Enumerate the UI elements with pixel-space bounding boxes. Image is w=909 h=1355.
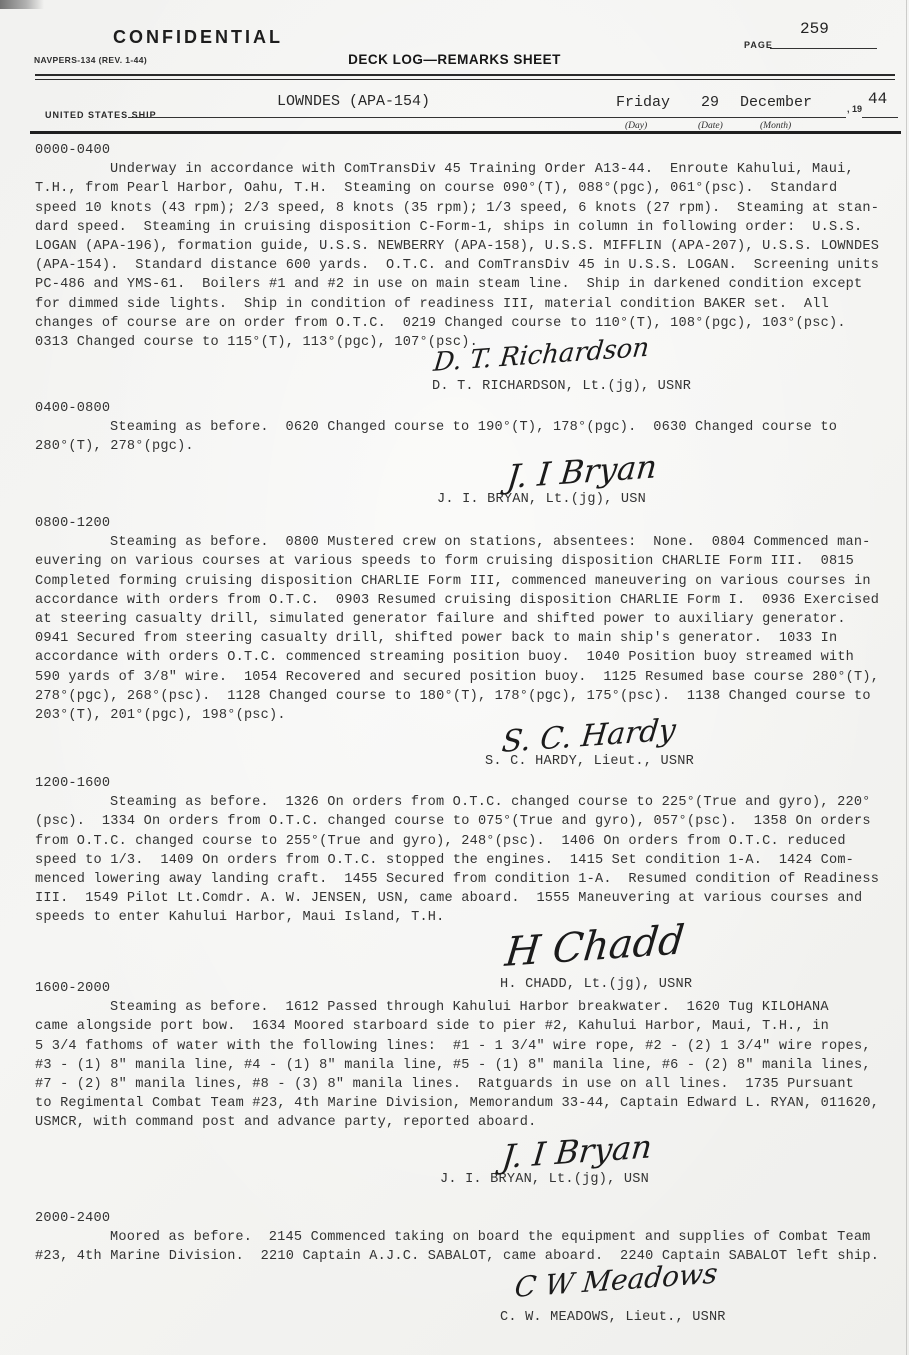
date-field-label: (Date) bbox=[698, 121, 723, 131]
page-number-underline bbox=[770, 48, 877, 49]
log-entry-1200-1600: 1200-1600 Steaming as before. 1326 On or… bbox=[35, 774, 895, 993]
year-prefix-label: , 19 bbox=[847, 104, 862, 114]
watch-period-heading: 1200-1600 bbox=[35, 774, 895, 793]
signature-block: C W Meadows C. W. MEADOWS, Lieut., USNR bbox=[35, 1271, 895, 1326]
watch-period-heading: 2000-2400 bbox=[35, 1209, 895, 1228]
log-entry-2000-2400: 2000-2400 Moored as before. 2145 Commenc… bbox=[35, 1209, 895, 1326]
date-month-value: December bbox=[740, 94, 812, 111]
scan-artifact-right-edge bbox=[906, 0, 907, 1355]
date-date-value: 29 bbox=[701, 94, 719, 111]
header-double-rule bbox=[35, 74, 895, 80]
watch-period-heading: 0400-0800 bbox=[35, 399, 895, 418]
log-entry-text: Steaming as before. 1326 On orders from … bbox=[35, 793, 895, 927]
signature-typed-name: C. W. MEADOWS, Lieut., USNR bbox=[500, 1309, 895, 1326]
day-field-label: (Day) bbox=[625, 121, 647, 131]
month-field-label: (Month) bbox=[760, 121, 791, 131]
classification-stamp: CONFIDENTIAL bbox=[113, 27, 283, 48]
signature-script: J. I Bryan bbox=[500, 1126, 654, 1177]
signature-typed-name: D. T. RICHARDSON, Lt.(jg), USNR bbox=[432, 378, 895, 395]
signature-block: S. C. Hardy S. C. HARDY, Lieut., USNR bbox=[35, 725, 895, 770]
scan-artifact-top-left bbox=[0, 0, 44, 9]
header-heavy-rule bbox=[30, 131, 901, 134]
page-number: 259 bbox=[800, 20, 829, 38]
log-entry-text: Steaming as before. 0800 Mustered crew o… bbox=[35, 533, 895, 725]
page-label: PAGE bbox=[744, 40, 773, 50]
signature-block: D. T. Richardson D. T. RICHARDSON, Lt.(j… bbox=[35, 348, 895, 395]
watch-period-heading: 0800-1200 bbox=[35, 514, 895, 533]
document-title: DECK LOG—REMARKS SHEET bbox=[0, 52, 909, 67]
log-entry-0800-1200: 0800-1200 Steaming as before. 0800 Muste… bbox=[35, 514, 895, 770]
log-entry-text: Underway in accordance with ComTransDiv … bbox=[35, 160, 895, 352]
watch-period-heading: 0000-0400 bbox=[35, 141, 895, 160]
year-value: 44 bbox=[868, 90, 887, 108]
log-entry-0000-0400: 0000-0400 Underway in accordance with Co… bbox=[35, 141, 895, 395]
log-entry-1600-2000: 1600-2000 Steaming as before. 1612 Passe… bbox=[35, 979, 895, 1188]
log-entry-text: Steaming as before. 0620 Changed course … bbox=[35, 418, 895, 456]
signature-block: J. I Bryan J. I. BRYAN, Lt.(jg), USN bbox=[35, 1137, 895, 1188]
log-entry-0400-0800: 0400-0800 Steaming as before. 0620 Chang… bbox=[35, 399, 895, 508]
signature-block: J. I Bryan J. I. BRYAN, Lt.(jg), USN bbox=[35, 457, 895, 508]
deck-log-page: CONFIDENTIAL PAGE 259 NAVPERS-134 (REV. … bbox=[0, 0, 909, 1355]
log-entry-text: Moored as before. 2145 Commenced taking … bbox=[35, 1228, 895, 1266]
watch-period-heading: 1600-2000 bbox=[35, 979, 895, 998]
date-day-value: Friday bbox=[616, 94, 670, 111]
log-entry-text: Steaming as before. 1612 Passed through … bbox=[35, 998, 895, 1132]
ship-name: LOWNDES (APA-154) bbox=[277, 93, 430, 110]
